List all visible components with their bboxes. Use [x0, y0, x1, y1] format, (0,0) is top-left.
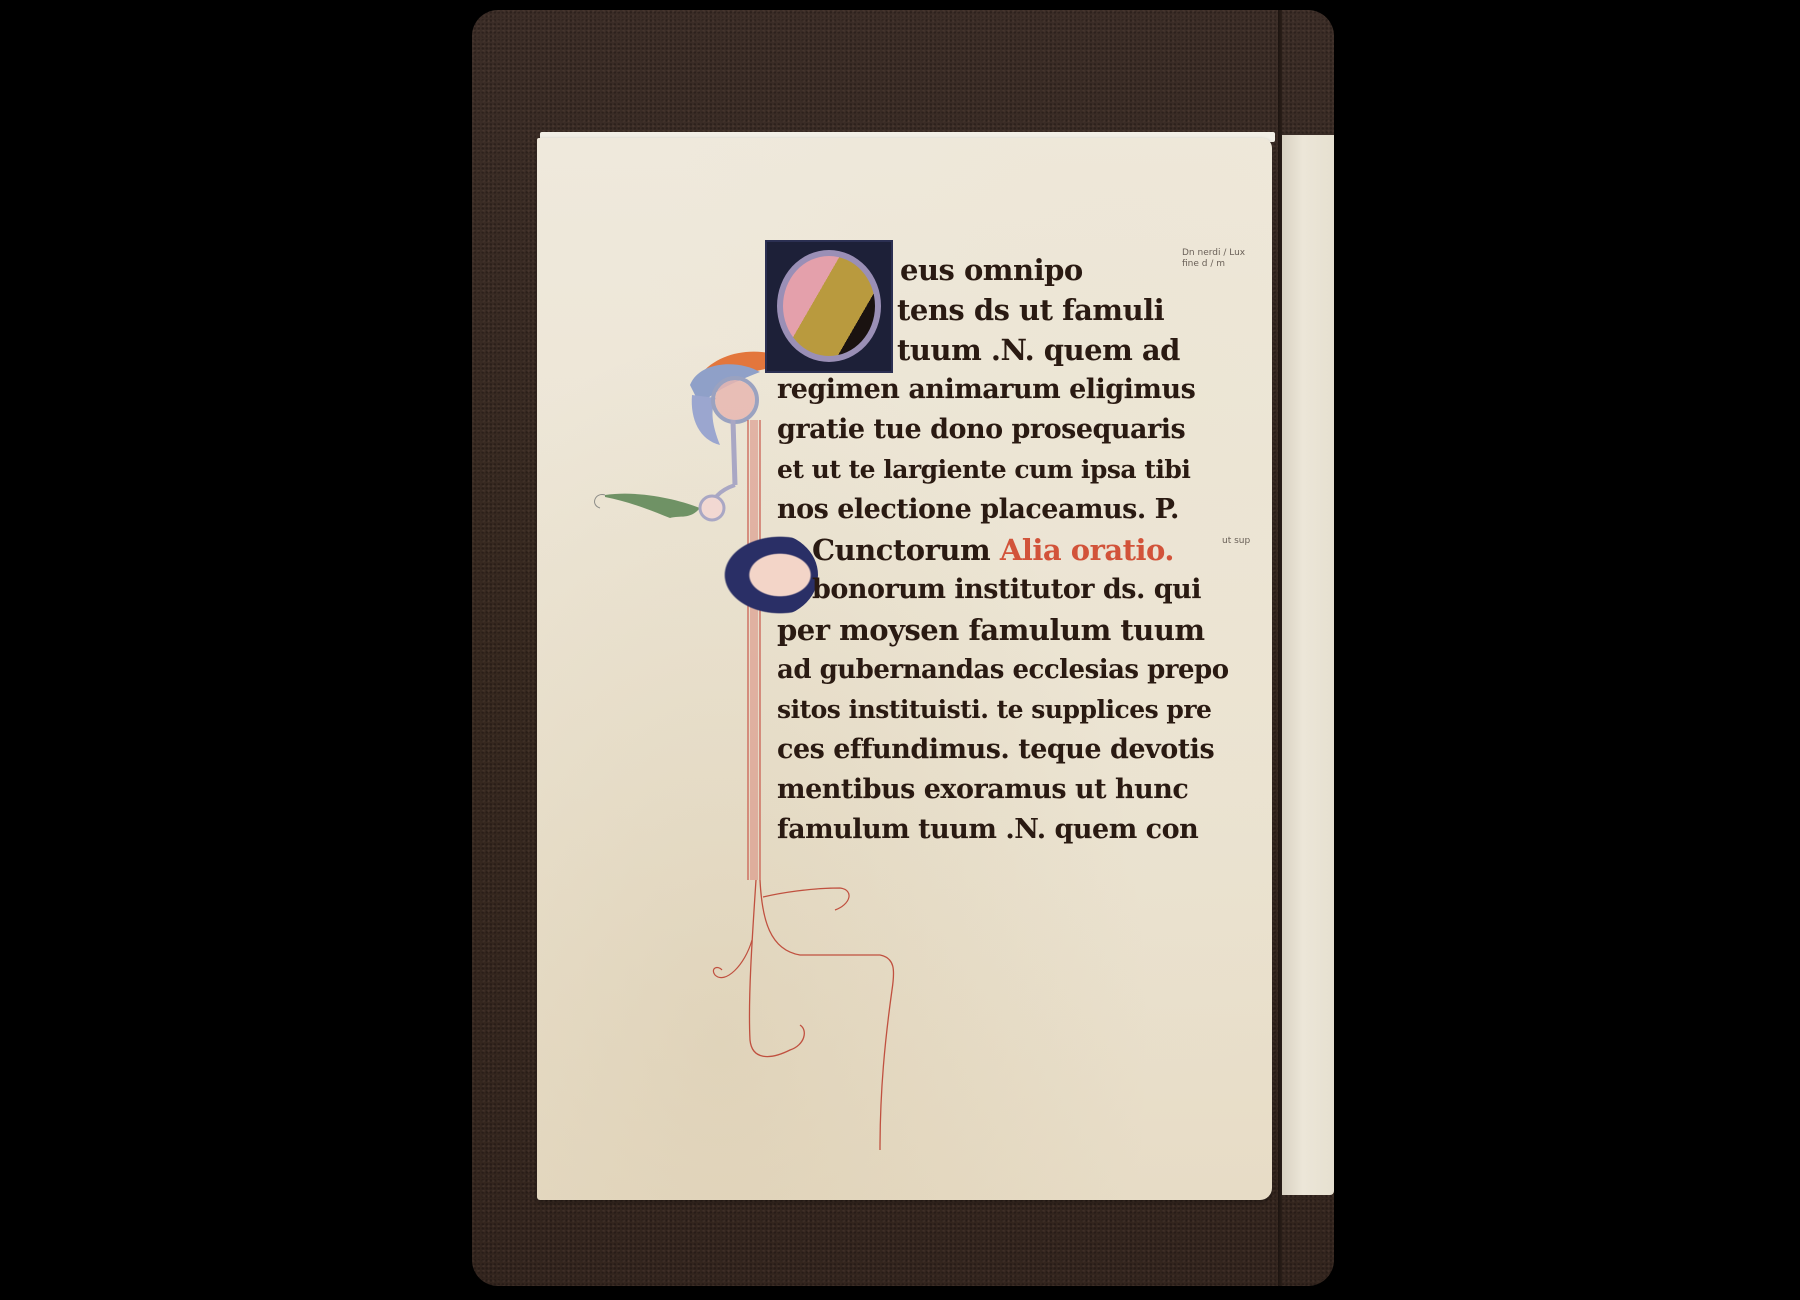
text-line: tens ds ut famuli: [897, 290, 1164, 330]
rubric-heading: Alia oratio.: [1000, 533, 1174, 567]
marginal-note: ut sup: [1222, 536, 1250, 547]
text-line: sitos instituisti. te supplices pre: [777, 690, 1211, 730]
text-line: nos electione placeamus. P.: [777, 490, 1179, 530]
text-line: mentibus exoramus ut hunc: [777, 770, 1188, 810]
marginal-note: Dn nerdi / Lux fine d / m: [1182, 248, 1262, 270]
text-line: Cunctorum Alia oratio.: [812, 530, 1174, 570]
text-line: ces effundimus. teque devotis: [777, 730, 1214, 770]
text-line: per moysen famulum tuum: [777, 610, 1205, 650]
text-line: ad gubernandas ecclesias prepo: [777, 650, 1229, 690]
text-line: eus omnipo: [900, 250, 1083, 290]
text-line: et ut te largiente cum ipsa tibi: [777, 450, 1190, 490]
text-line: tuum .N. quem ad: [897, 330, 1180, 370]
text-line: bonorum institutor ds. qui: [812, 570, 1201, 610]
historiated-initial-d: D: [765, 240, 893, 373]
text-line: famulum tuum .N. quem con: [777, 810, 1198, 850]
text-line-main: Cunctorum: [812, 533, 990, 567]
text-line: gratie tue dono prosequaris: [777, 410, 1185, 450]
flourished-initial-o: O: [718, 532, 818, 618]
text-line: regimen animarum eligimus: [777, 370, 1195, 410]
